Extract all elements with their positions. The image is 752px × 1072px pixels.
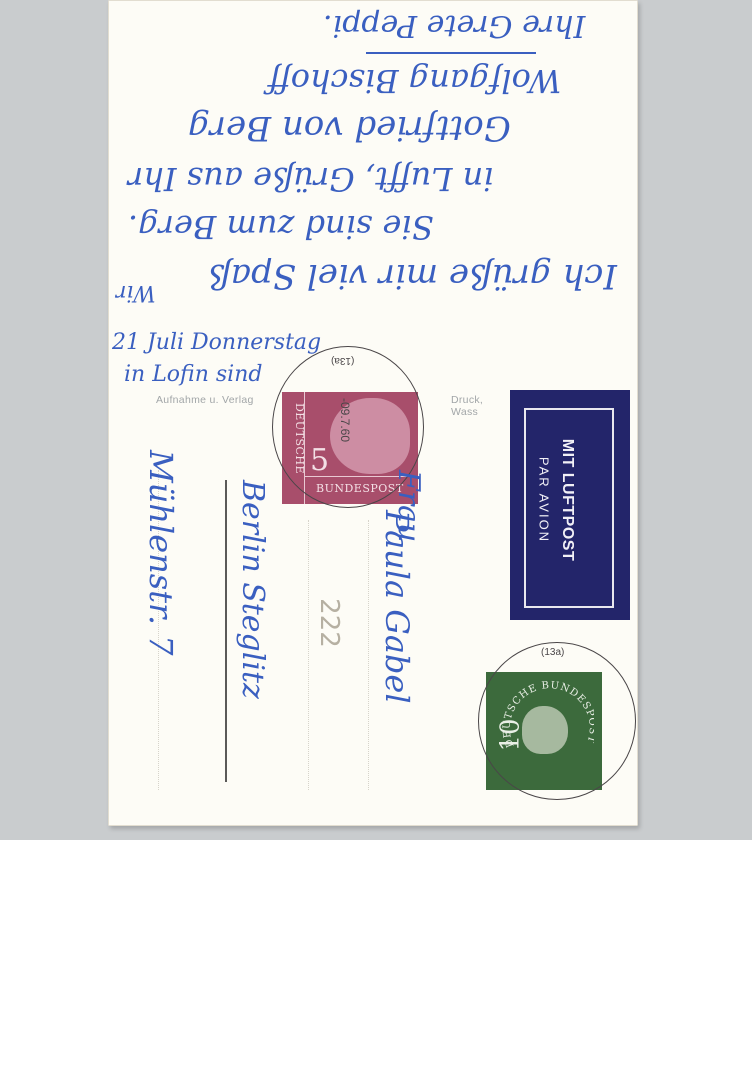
- address-line: [368, 520, 369, 790]
- postmark-code: (13a): [541, 647, 564, 658]
- address-divider: [225, 480, 227, 782]
- postmark-circle: (13a): [478, 642, 636, 800]
- message-line: Sie sind zum Berg.: [128, 208, 434, 246]
- pencil-note: 222: [314, 598, 344, 648]
- marginal-note: Wir: [116, 280, 156, 305]
- message-line: Wolfgang Bischoff: [268, 62, 562, 100]
- message-line: Ihre Grete Peppi.: [323, 8, 585, 43]
- address-line: [308, 520, 309, 790]
- message-line: Ich grüße mir viel Spaß: [208, 256, 617, 296]
- imprint-left: Aufnahme u. Verlag: [156, 394, 254, 406]
- address-line-4: Mühlenstr. 7: [142, 450, 180, 656]
- postmark-code: (13a): [331, 355, 354, 366]
- airmail-text-fr: PAR AVION: [537, 457, 552, 543]
- date-line: 21 Juli Donnerstag: [112, 330, 321, 355]
- address-line-3: Berlin Steglitz: [235, 480, 270, 699]
- airmail-label: MIT LUFTPOST PAR AVION: [510, 390, 630, 620]
- address-line-2: Paula Gabel: [378, 510, 416, 704]
- message-line: in Lufft, Grüße aus Ihr: [128, 160, 494, 198]
- imprint-right: Druck, Wass: [451, 394, 483, 418]
- postcard: Ihre Grete Peppi. Wolfgang Bischoff Gott…: [108, 0, 638, 826]
- airmail-text: MIT LUFTPOST: [558, 439, 576, 561]
- date-line-2: in Lofin sind: [124, 362, 262, 387]
- publisher-imprint: Aufnahme u. Verlag Druck, Wass: [156, 394, 254, 406]
- postmark-date: -09.7.60: [338, 398, 352, 442]
- message-line: Gottfried von Berg: [188, 108, 511, 148]
- underline: [366, 52, 536, 54]
